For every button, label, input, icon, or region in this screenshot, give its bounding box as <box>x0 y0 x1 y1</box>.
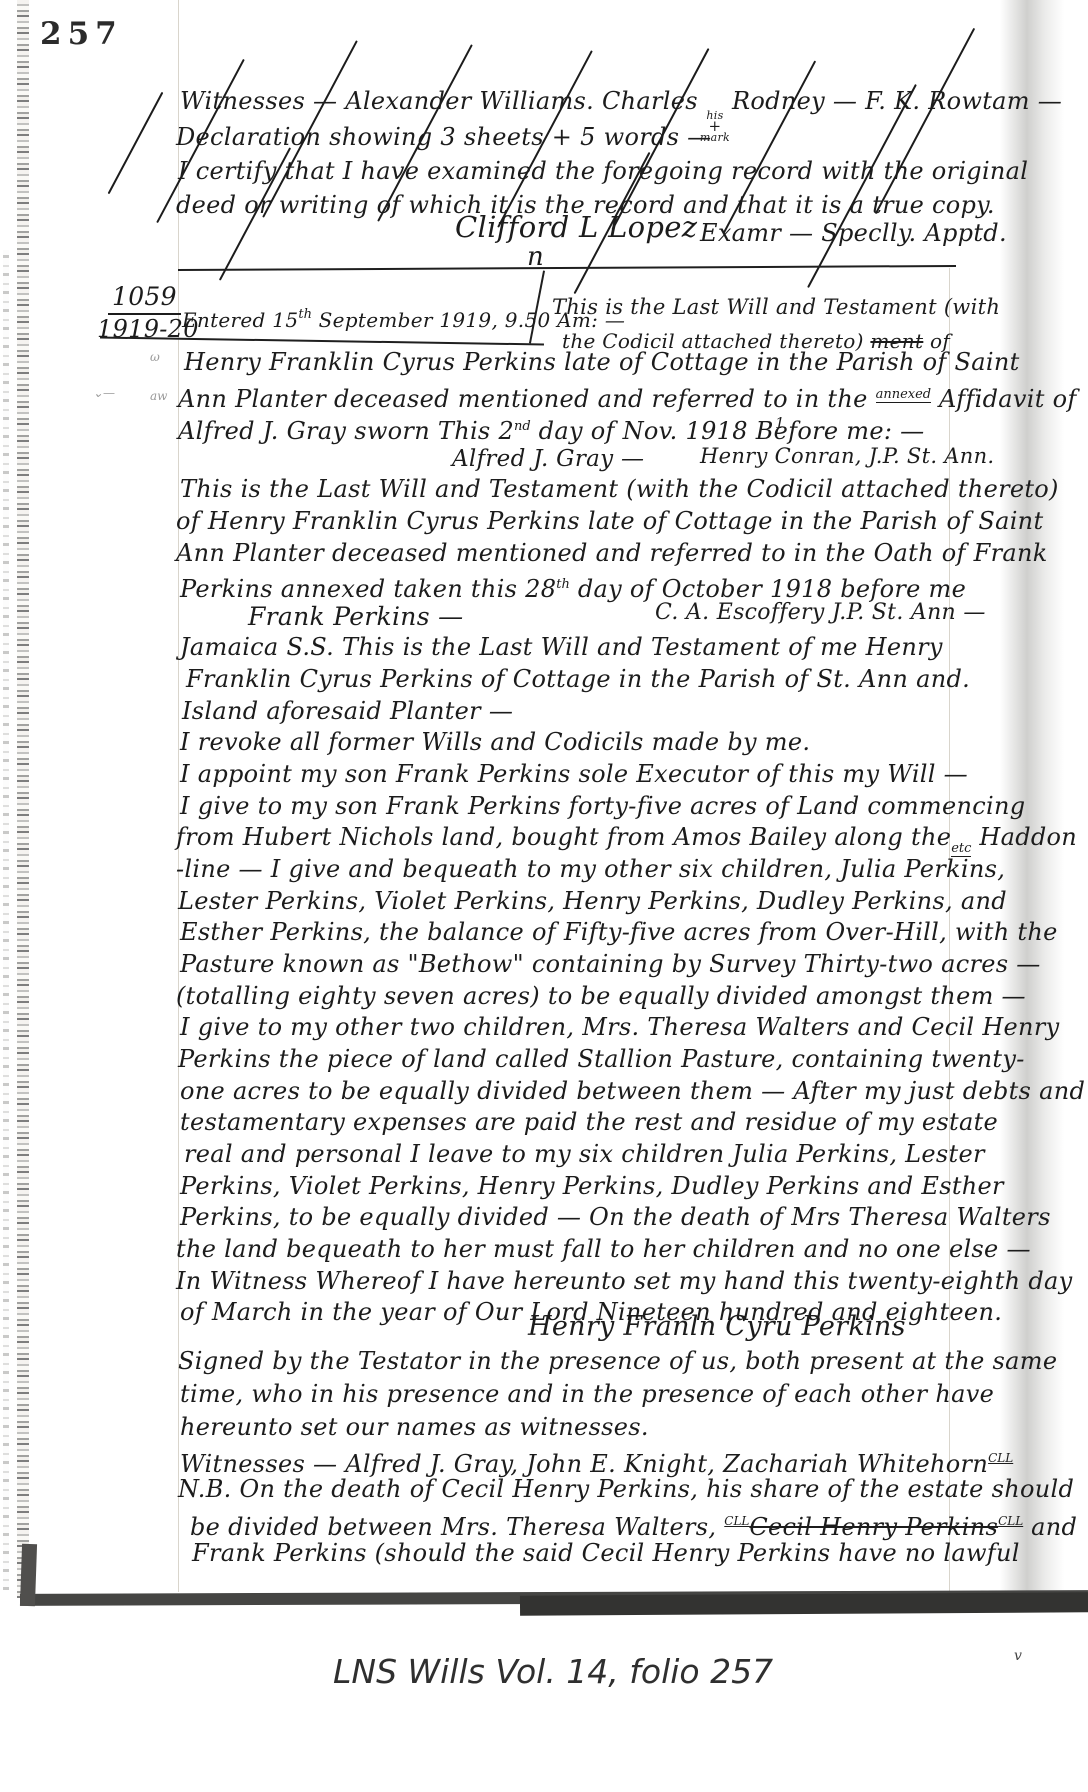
will-line: Franklin Cyrus Perkins of Cottage in the… <box>186 664 970 694</box>
inserted-word-annexed: annexed <box>876 387 932 403</box>
testator-signature: Henry Franln Cyru Perkins <box>528 1312 906 1342</box>
line03-ordinal: nd <box>514 419 531 434</box>
will-line: Perkins, Violet Perkins, Henry Perkins, … <box>180 1171 1004 1201</box>
margin-mark: ω <box>150 350 160 364</box>
gray-signature: Alfred J. Gray — <box>452 444 644 474</box>
nb-line: be divided between Mrs. Theresa Walters,… <box>190 1506 1077 1542</box>
page-bottom-edge-dark <box>520 1592 1088 1615</box>
will-line: Island aforesaid Planter — <box>182 696 513 726</box>
will-line: I revoke all former Wills and Codicils m… <box>180 727 810 757</box>
will-line: Perkins the piece of land called Stallio… <box>178 1044 1025 1074</box>
will-line: In Witness Whereof I have hereunto set m… <box>176 1266 1072 1296</box>
will-line: Perkins, to be equally divided — On the … <box>180 1202 1051 1232</box>
margin-mark: aw <box>150 389 167 403</box>
line02-pre: Ann Planter deceased mentioned and refer… <box>178 385 876 413</box>
will-line: Ann Planter deceased mentioned and refer… <box>178 380 1077 414</box>
will-line: Henry Franklin Cyrus Perkins late of Cot… <box>184 347 1020 377</box>
line03-pre: Alfred J. Gray sworn This 2 <box>178 417 514 445</box>
attestation-line: hereunto set our names as witnesses. <box>180 1412 649 1442</box>
will-line: I give to my son Frank Perkins forty-fiv… <box>180 791 1025 821</box>
will-line: the land bequeath to her must fall to he… <box>176 1234 1031 1264</box>
entered-pre: Entered 15 <box>182 308 298 332</box>
certificate-declaration-line: Declaration showing 3 sheets + 5 words — <box>176 122 711 152</box>
correction-initials: CLL <box>998 1514 1023 1528</box>
archive-caption: LNS Wills Vol. 14, folio 257 <box>333 1652 773 1691</box>
nb2-pre: be divided between Mrs. Theresa Walters, <box>190 1513 724 1541</box>
will-line: Lester Perkins, Violet Perkins, Henry Pe… <box>178 886 1007 916</box>
attestation-line: time, who in his presence and in the pre… <box>180 1379 994 1409</box>
will-line: I give to my other two children, Mrs. Th… <box>180 1012 1059 1042</box>
line02-post: Affidavit of <box>931 385 1076 413</box>
will-line: -line — I give and bequeath to my other … <box>176 854 1005 884</box>
binding-edge-inner <box>3 250 9 1590</box>
binding-edge <box>17 0 29 1598</box>
certificate-witnesses-pre: Witnesses — Alexander Williams. Charles <box>180 87 698 115</box>
attestation-line: Signed by the Testator in the presence o… <box>178 1346 1057 1376</box>
will-line: Ann Planter deceased mentioned and refer… <box>176 538 1048 568</box>
scanned-page: 257 Witnesses — Alexander Williams. Char… <box>0 0 1088 1792</box>
conran-signature: Henry Conran, J.P. St. Ann. <box>700 441 994 471</box>
page-bottom-left-corner <box>20 1544 37 1606</box>
margin-mark: ⌄— <box>93 386 115 400</box>
examiner-title: Examr — Speclly. Apptd. <box>700 218 1007 248</box>
will-line: Esther Perkins, the balance of Fifty-fiv… <box>180 917 1058 947</box>
entry-rule-top <box>178 265 956 271</box>
will-line: one acres to be equally divided between … <box>180 1076 1085 1106</box>
will-line: real and personal I leave to my six chil… <box>184 1139 985 1169</box>
entered-ordinal: th <box>298 307 312 322</box>
line16-pre: from Hubert Nichols land, bought from Am… <box>176 823 951 851</box>
correction-initials: CLL <box>988 1451 1013 1465</box>
nb2-post: and <box>1023 1513 1077 1541</box>
will-line: Pasture known as "Bethow" containing by … <box>180 949 1041 979</box>
will-line: This is the Last Will and Testament (wit… <box>180 474 1059 504</box>
margin-entry-number: 1059 <box>108 282 181 315</box>
will-line: of Henry Franklin Cyrus Perkins late of … <box>176 506 1043 536</box>
strike-line <box>108 92 164 194</box>
correction-initials: CLL <box>724 1514 749 1528</box>
will-line: I appoint my son Frank Perkins sole Exec… <box>180 759 968 789</box>
will-line: Jamaica S.S. This is the Last Will and T… <box>180 632 943 662</box>
will-line: (totalling eighty seven acres) to be equ… <box>176 981 1026 1011</box>
nb2-struck-name: Cecil Henry Perkins <box>749 1513 998 1541</box>
certificate-certify-line1: I certify that I have examined the foreg… <box>178 156 1028 186</box>
line08-pre: Perkins annexed taken this 28 <box>180 575 556 603</box>
stray-pen-mark: v <box>1014 1648 1022 1664</box>
escoffery-signature: C. A. Escoffery J.P. St. Ann — <box>655 598 986 628</box>
certificate-witnesses-post: Rodney — F. K. Rowtam — <box>732 87 1062 115</box>
line08-ordinal: th <box>556 577 570 592</box>
nb-line: N.B. On the death of Cecil Henry Perkins… <box>178 1474 1074 1504</box>
nb-line: Frank Perkins (should the said Cecil Hen… <box>192 1538 1020 1568</box>
entry-opening-line: This is the Last Will and Testament (wit… <box>552 292 1000 322</box>
page-number: 257 <box>40 16 123 52</box>
examiner-signature: Clifford L Lopez <box>455 212 697 242</box>
will-line: testamentary expenses are paid the rest … <box>180 1107 998 1137</box>
line16-post: Haddon <box>971 823 1077 851</box>
frank-perkins-signature: Frank Perkins — <box>248 602 463 632</box>
